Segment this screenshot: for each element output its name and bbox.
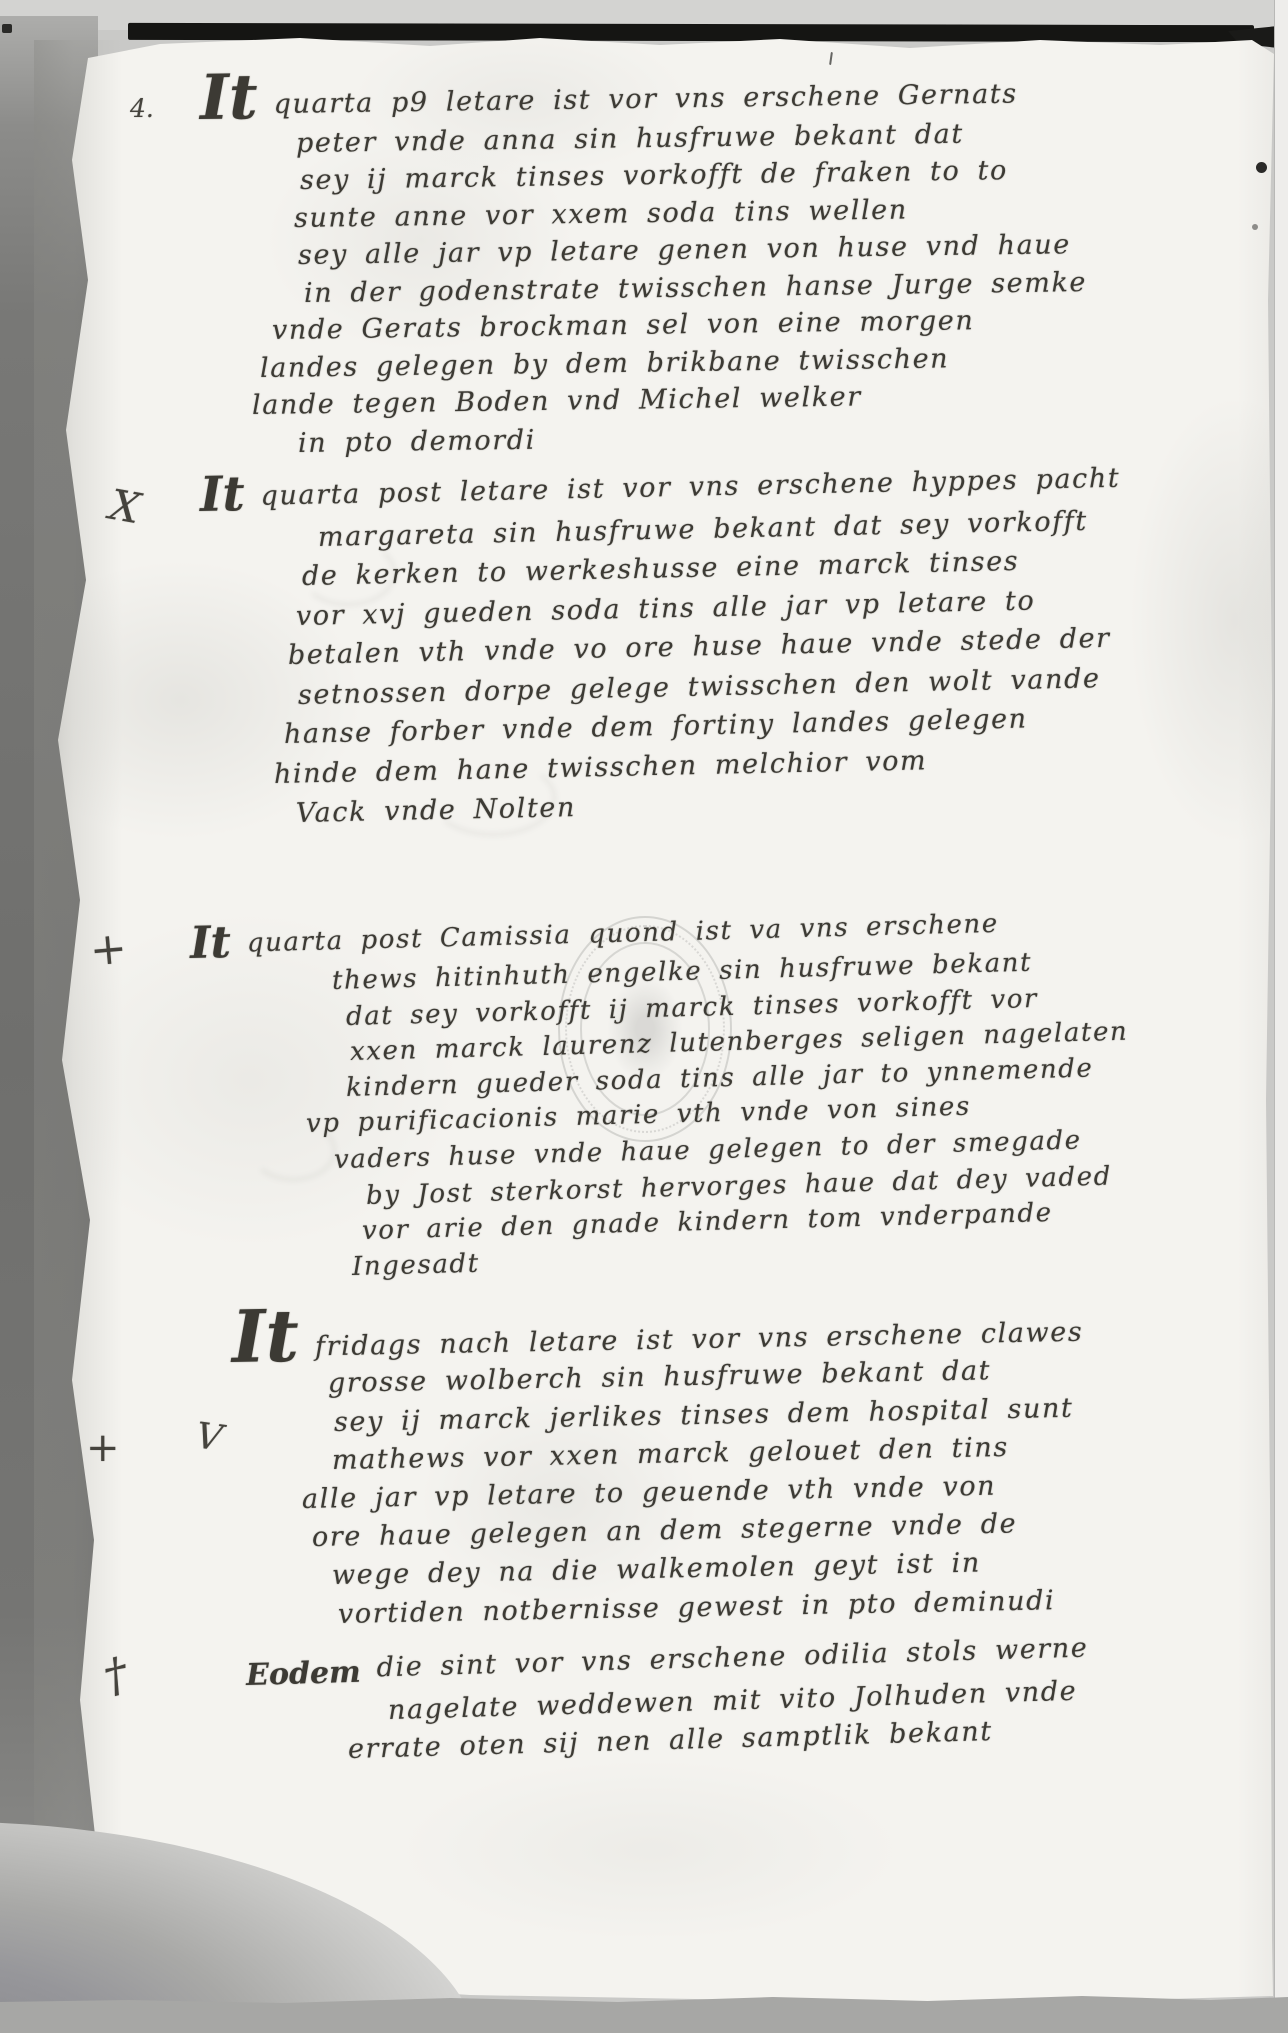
margin-mark: + <box>86 1428 120 1468</box>
margin-mark: + <box>88 926 129 973</box>
debris-speck <box>2 24 12 33</box>
manuscript-line: Vack vnde Nolten <box>296 794 577 827</box>
manuscript-line: peter vnde anna sin husfruwe bekant dat <box>296 120 964 156</box>
manuscript-line: in pto demordi <box>298 426 536 456</box>
manuscript-line: sunte anne vor xxem soda tins wellen <box>294 196 908 232</box>
scan-background-bottom <box>0 1996 1288 2033</box>
entry-initial: It <box>232 1336 299 1337</box>
manuscript-line: lande tegen Boden vnd Michel welker <box>252 383 862 419</box>
entry-initial: It <box>200 97 258 98</box>
margin-mark: 4. <box>130 96 154 121</box>
margin-mark: V <box>194 1418 225 1457</box>
manuscript-scan: 4.Itquarta p9 letare ist vor vns erschen… <box>0 0 1288 2033</box>
manuscript-line: Ingesadt <box>352 1251 480 1280</box>
entry-initial: It <box>190 943 231 944</box>
debris-speck <box>1256 162 1267 173</box>
entry-initial: It <box>200 494 245 495</box>
debris-speck <box>1252 224 1258 230</box>
entry-initial: Eodem <box>246 1673 361 1676</box>
adjacent-page-edge <box>1274 0 1288 2033</box>
